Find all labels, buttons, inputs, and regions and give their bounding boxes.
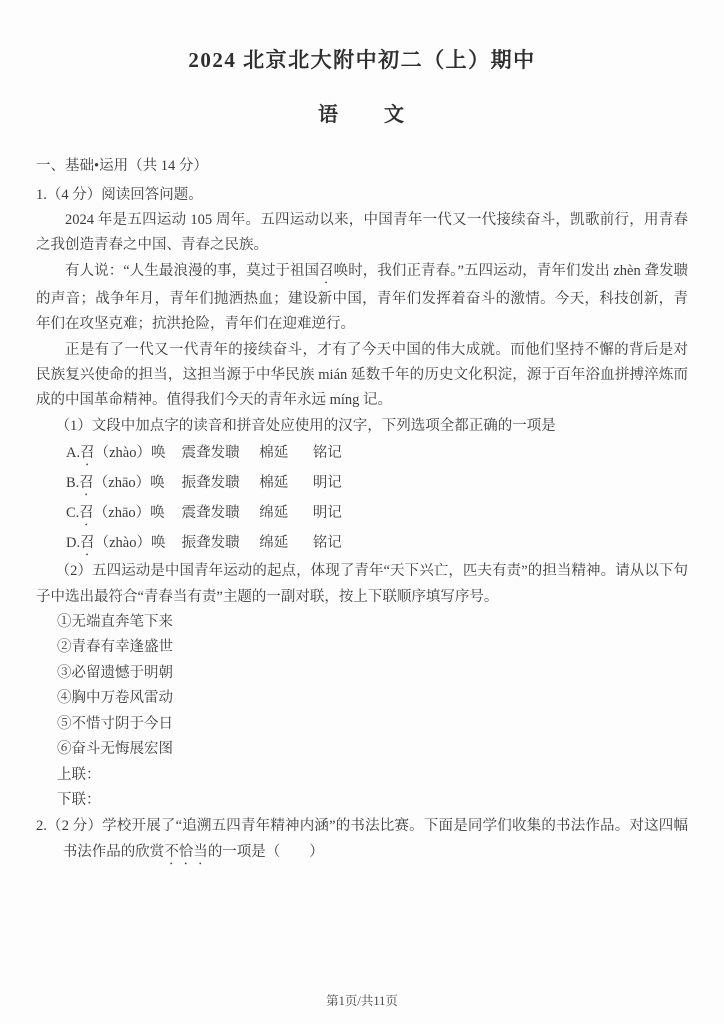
emphasized-char-zhao: 召 <box>79 475 94 491</box>
question2-text-b: 书法作品的欣赏 <box>63 844 165 860</box>
option-b-label: B. <box>66 475 79 491</box>
option-row-d: D.召（zhào）唤 振聋发聩 绵延 铭记 <box>66 529 688 559</box>
option-d-word: D.召（zhào）唤 <box>66 529 178 559</box>
section-heading: 一、基础•运用（共 14 分） <box>36 154 688 179</box>
exam-title: 2024 北京北大附中初二（上）期中 <box>36 44 688 74</box>
option-d-label: D. <box>66 535 80 551</box>
option-c-word4: 明记 <box>313 505 342 521</box>
option-c-pinyin: （zhāo）唤 <box>94 505 165 521</box>
couplet-sentence-4: ④胸中万卷风雷动 <box>57 686 688 711</box>
subquestion-2-stem: （2）五四运动是中国青年运动的起点，体现了青年“天下兴亡，匹夫有责”的担当精神。… <box>36 559 688 610</box>
couplet-sentence-1: ①无端直奔笔下来 <box>57 610 688 635</box>
option-a-word3: 棉延 <box>259 439 309 467</box>
emphasized-char-zhao: 召 <box>80 535 95 551</box>
option-row-c: C.召（zhāo）唤 震聋发聩 绵延 明记 <box>66 499 688 529</box>
option-row-b: B.召（zhāo）唤 振聋发聩 棉延 明记 <box>66 469 688 499</box>
question1-stem: 1.（4 分）阅读回答问题。 <box>36 183 688 208</box>
couplet-lower-label: 下联： <box>57 788 688 813</box>
option-c-word: C.召（zhāo）唤 <box>66 499 178 529</box>
question2-text-c: 的一项是（ ） <box>208 844 324 860</box>
option-b-word: B.召（zhāo）唤 <box>66 469 178 499</box>
page-footer: 第1页/共11页 <box>0 991 724 1009</box>
passage-paragraph-2: 有人说：“人生最浪漫的事，莫过于祖国召唤时，我们正青春。”五四运动，青年们发出 … <box>36 259 688 338</box>
emphasized-char-zhao: 召 <box>79 505 94 521</box>
option-c-word3: 绵延 <box>259 499 309 527</box>
option-a-word2: 震聋发聩 <box>182 439 256 467</box>
passage-paragraph-1: 2024 年是五四运动 105 周年。五四运动以来，中国青年一代又一代接续奋斗，… <box>36 208 688 259</box>
option-a-word: A.召（zhào）唤 <box>66 439 178 469</box>
passage-paragraph-3: 正是有了一代又一代青年的接续奋斗，才有了今天中国的伟大成就。而他们坚持不懈的背后… <box>36 338 688 414</box>
option-a-pinyin: （zhào）唤 <box>95 445 166 461</box>
couplet-sentence-3: ③必留遗憾于明朝 <box>57 661 688 686</box>
option-b-pinyin: （zhāo）唤 <box>94 475 165 491</box>
option-d-word3: 绵延 <box>259 529 309 557</box>
emphasized-char-zhao: 召 <box>80 445 95 461</box>
paragraph2-text-a: 有人说：“人生最浪漫的事，莫过于祖国 <box>65 263 319 279</box>
subquestion-1-stem: （1）文段中加点字的读音和拼音处应使用的汉字，下列选项全都正确的一项是 <box>36 414 688 439</box>
couplet-upper-label: 上联： <box>57 763 688 788</box>
subject-title: 语 文 <box>36 98 688 127</box>
option-a-word4: 铭记 <box>313 445 342 461</box>
option-d-pinyin: （zhào）唤 <box>95 535 166 551</box>
question2-text-a: 2.（2 分）学校开展了“追溯五四青年精神内涵”的书法比赛。下面是同学们收集的书… <box>36 818 688 834</box>
option-b-word4: 明记 <box>313 475 342 491</box>
question2-stem: 2.（2 分）学校开展了“追溯五四青年精神内涵”的书法比赛。下面是同学们收集的书… <box>36 814 688 867</box>
couplet-sentence-6: ⑥奋斗无悔展宏图 <box>57 737 688 762</box>
option-b-word3: 棉延 <box>259 469 309 497</box>
couplet-sentence-5: ⑤不惜寸阴于今日 <box>57 712 688 737</box>
option-d-word2: 振聋发聩 <box>182 529 256 557</box>
option-d-word4: 铭记 <box>313 535 342 551</box>
option-c-word2: 震聋发聩 <box>182 499 256 527</box>
option-b-word2: 振聋发聩 <box>182 469 256 497</box>
emphasized-phrase-inappropriate: 不恰当 <box>164 844 208 860</box>
option-c-label: C. <box>66 505 79 521</box>
option-row-a: A.召（zhào）唤 震聋发聩 棉延 铭记 <box>66 439 688 469</box>
emphasized-char-zhao: 召 <box>319 263 334 279</box>
couplet-sentence-2: ②青春有幸逢盛世 <box>57 635 688 660</box>
option-a-label: A. <box>66 445 80 461</box>
choice-options-list: A.召（zhào）唤 震聋发聩 棉延 铭记 B.召（zhāo）唤 振聋发聩 棉延… <box>66 439 688 559</box>
exam-document-page: 2024 北京北大附中初二（上）期中 语 文 一、基础•运用（共 14 分） 1… <box>0 0 724 1024</box>
